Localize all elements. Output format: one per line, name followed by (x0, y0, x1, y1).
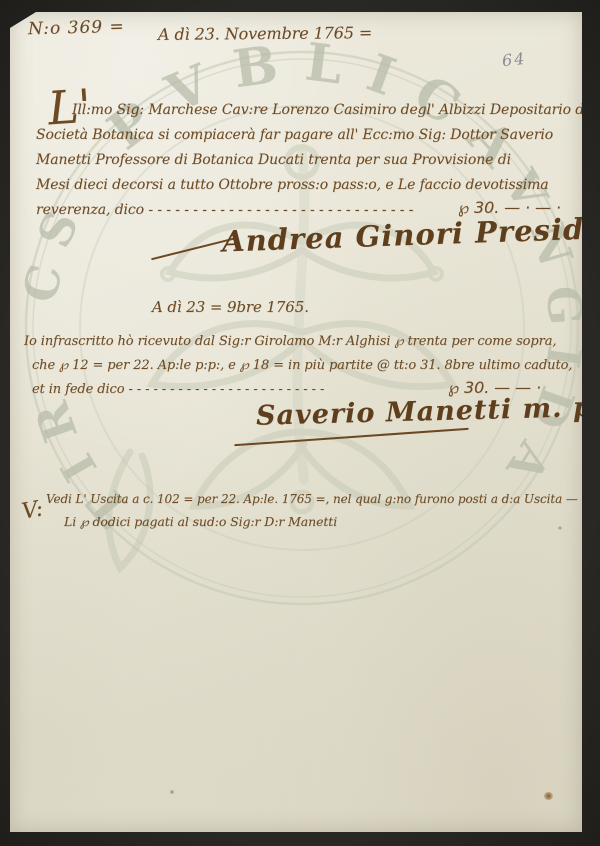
scanned-document: { "page": { "background_color": "#2a2824… (0, 0, 600, 846)
receipt-date-line: A dì 23 = 9bre 1765. (152, 298, 309, 316)
receipt-line: et in fede dico - - - - - - - - - - - - … (32, 382, 432, 397)
letter-line: Ill:mo Sig: Marchese Cav:re Lorenzo Casi… (72, 102, 600, 118)
header-date-line: A dì 23. Novembre 1765 = (158, 23, 372, 44)
receipt-line: Io infrascritto hò ricevuto dal Sig:r Gi… (24, 334, 556, 349)
receipt-line: che ℘ 12 = per 22. Ap:le p:p:, e ℘ 18 = … (32, 358, 572, 373)
letter-line: Mesi dieci decorsi a tutto Ottobre pross… (36, 177, 549, 193)
document-number: N:o 369 = (28, 17, 125, 40)
folio-number: 64 (501, 49, 527, 70)
paper-sheet: PVBLICA VNGIDA TIR CS (10, 12, 582, 832)
fox-spot (170, 790, 174, 794)
fox-spot (544, 792, 553, 800)
note-line: Li ℘ dodici pagati al sud:o Sig:r D:r Ma… (64, 514, 337, 529)
fox-spot (558, 526, 562, 530)
president-signature: Andrea Ginori Presid: (222, 211, 597, 258)
manetti-signature: Saverio Manetti m. p:a (256, 391, 600, 432)
note-margin-mark: V: (20, 496, 45, 524)
letter-line: reverenza, dico - - - - - - - - - - - - … (36, 202, 454, 218)
letter-line: Manetti Professore di Botanica Ducati tr… (36, 152, 511, 168)
note-line: Vedi L' Uscita a c. 102 = per 22. Ap:le.… (46, 492, 578, 506)
stamp-inner-ring (80, 106, 524, 550)
letter-line: Società Botanica si compiacerà far pagar… (36, 127, 553, 143)
